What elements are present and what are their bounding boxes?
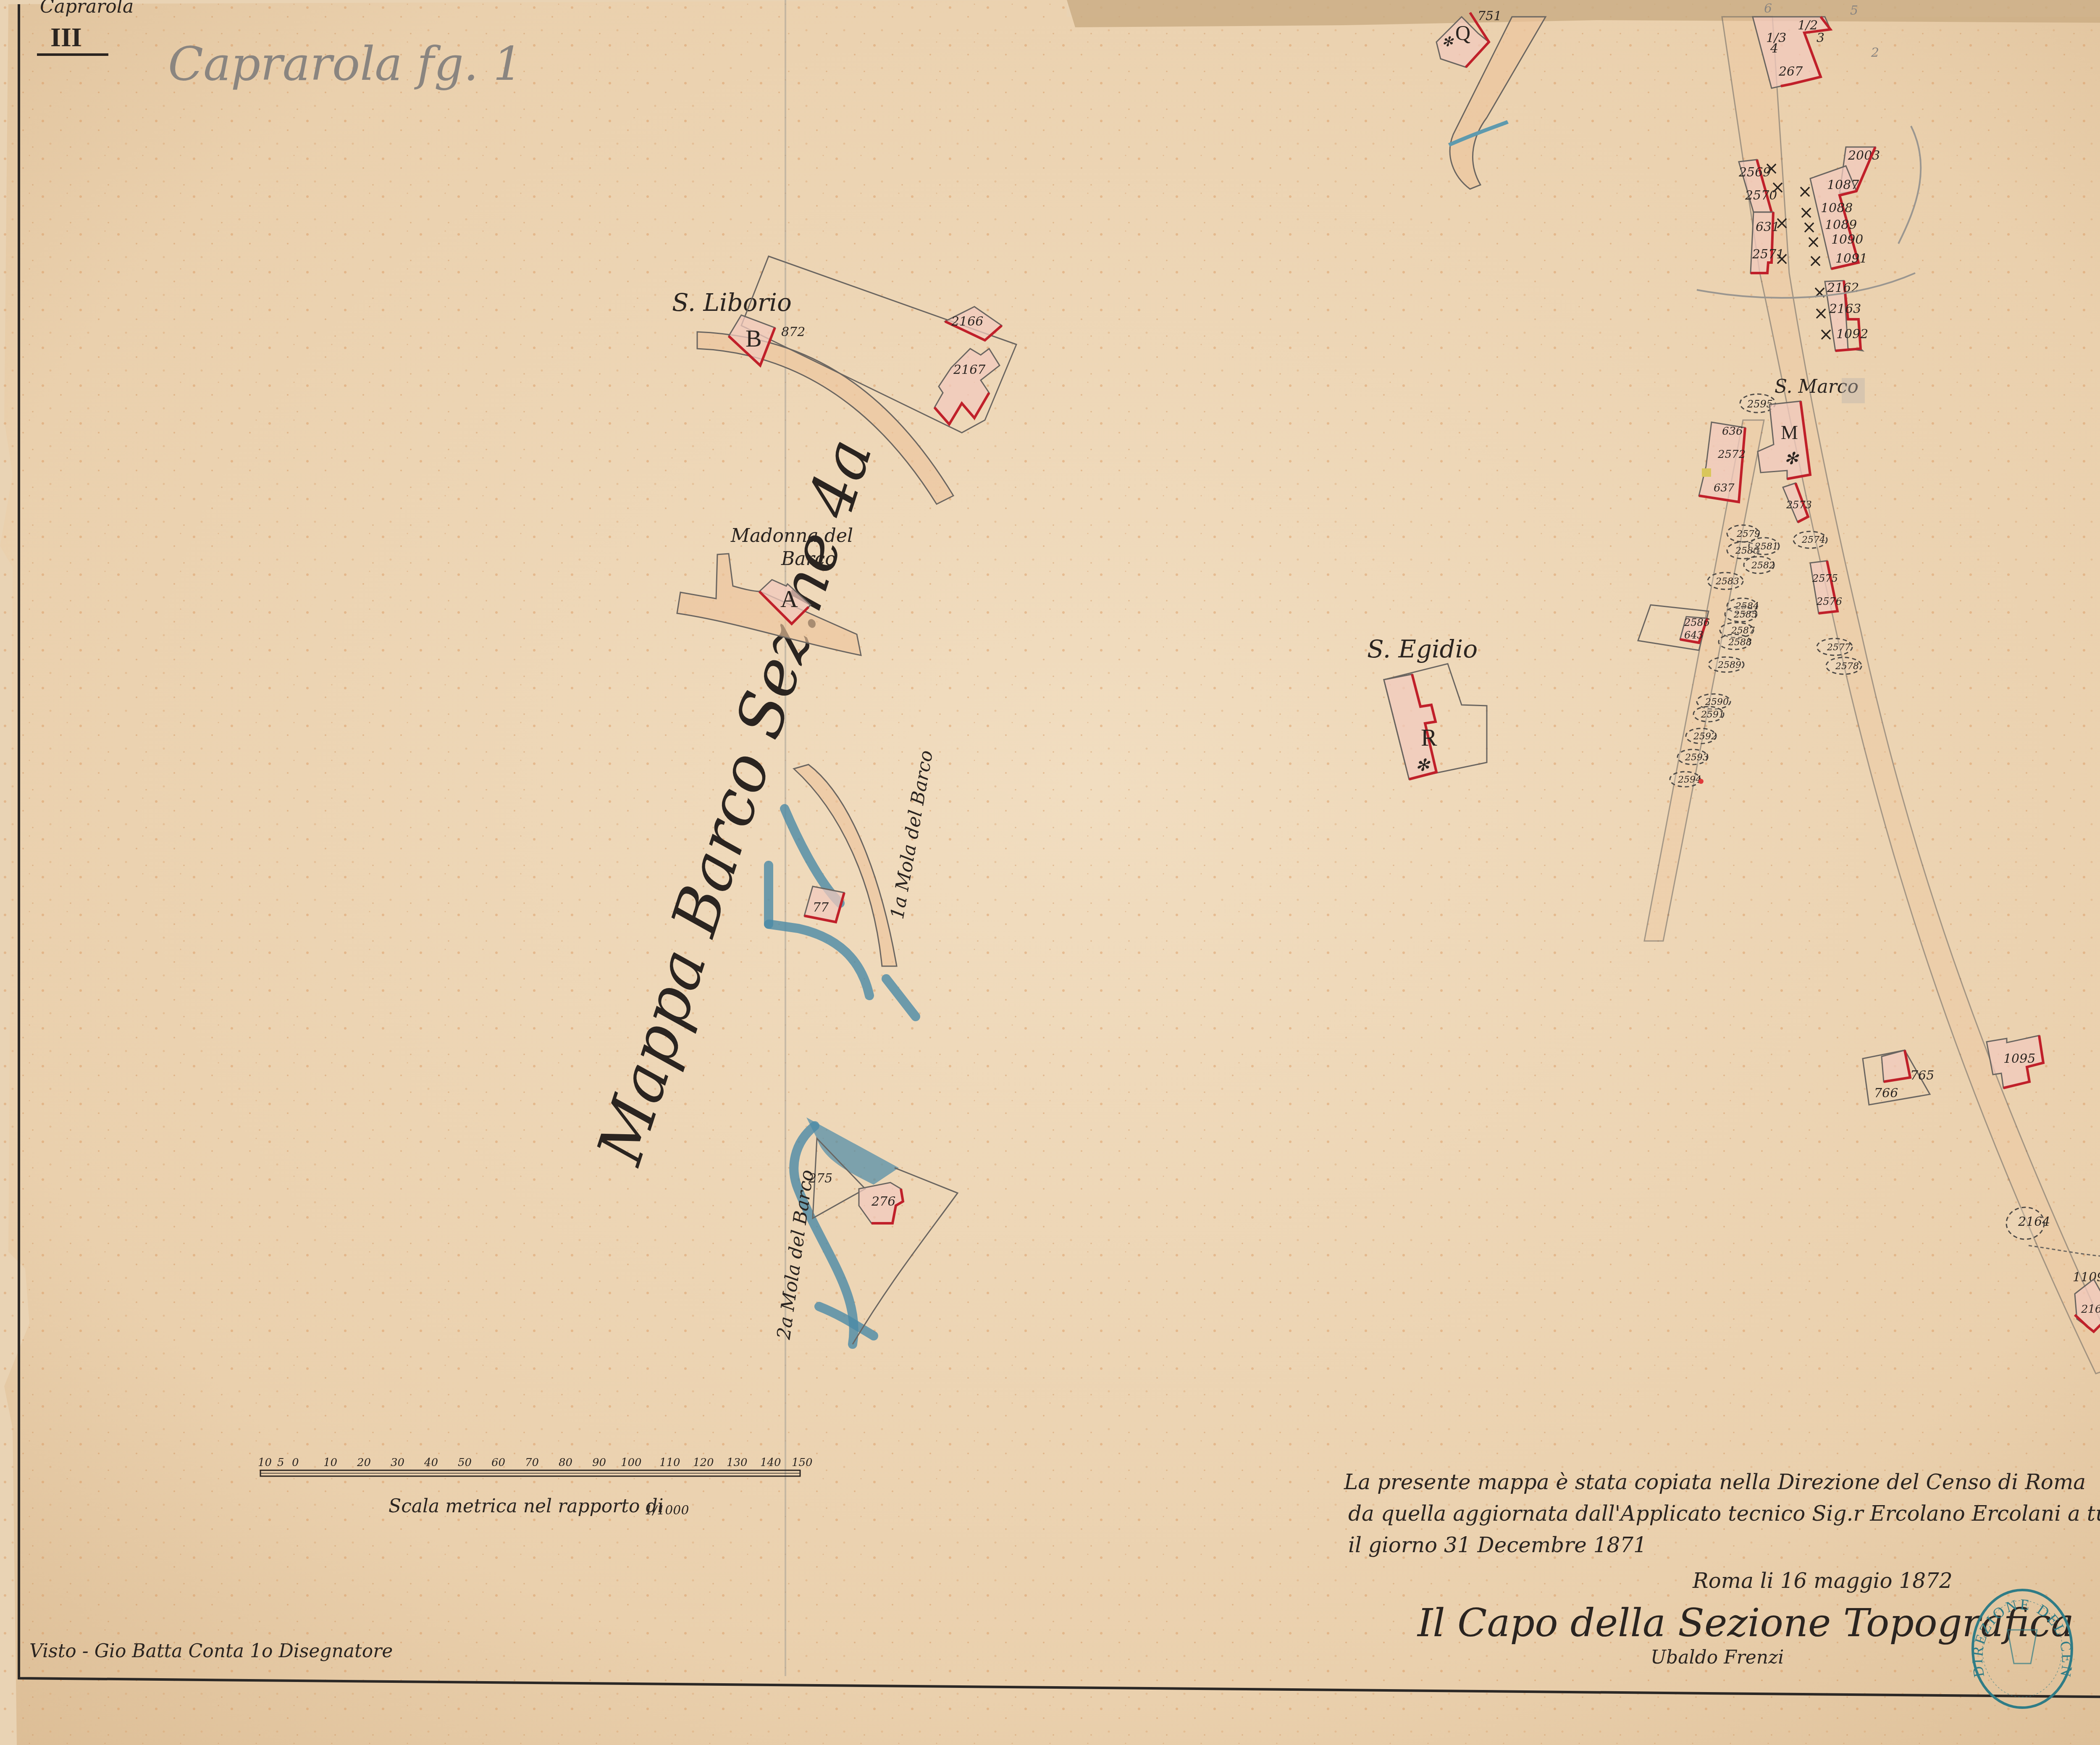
certification-line1: La presente mappa è stata copiata nella …	[1344, 1470, 2086, 1494]
parcel-267: 267	[1778, 64, 1803, 79]
pencil-note: Caprarola fg. 1	[168, 37, 522, 91]
place-madonna-line1: Madonna del	[730, 525, 853, 547]
svg-text:110: 110	[659, 1456, 680, 1469]
parcel-2575: 2575	[1812, 573, 1838, 584]
certification-line2: da quella aggiornata dall'Applicato tecn…	[1348, 1501, 2100, 1526]
parcel-765: 765	[1910, 1068, 1934, 1083]
parcel-5: 5	[1850, 3, 1858, 18]
svg-text:60: 60	[491, 1456, 505, 1469]
parcel-2574: 2574	[1801, 535, 1825, 545]
parcel-643: 643	[1684, 629, 1704, 641]
parcel-636: 636	[1722, 425, 1743, 438]
svg-text:5: 5	[277, 1456, 284, 1469]
certification-line3: il giorno 31 Decembre 1871	[1348, 1533, 1647, 1557]
scale-ratio: 1/1000	[645, 1503, 689, 1518]
letter-R: R	[1421, 724, 1437, 751]
parcel-1087: 1087	[1827, 178, 1859, 192]
visto-note: Visto - Gio Batta Conta 1o Disegnatore	[29, 1640, 393, 1662]
svg-text:50: 50	[458, 1456, 472, 1469]
svg-text:×: ×	[1808, 250, 1823, 271]
parcel-1092: 1092	[1836, 327, 1868, 342]
svg-text:0: 0	[292, 1456, 299, 1469]
svg-text:100: 100	[621, 1456, 642, 1469]
letter-A: A	[780, 585, 798, 612]
parcel-2167: 2167	[953, 363, 986, 377]
svg-text:×: ×	[1814, 303, 1828, 323]
parcel-2583: 2583	[1715, 576, 1739, 587]
red-dot-marker	[1698, 779, 1704, 784]
parcel-2593: 2593	[1685, 752, 1709, 763]
letter-Q: Q	[1455, 21, 1470, 45]
place-date: Roma li 16 maggio 1872	[1692, 1569, 1953, 1593]
parcel-2581: 2581	[1754, 541, 1778, 552]
parcel-2579: 2579	[1736, 529, 1760, 539]
svg-text:×: ×	[1774, 248, 1789, 269]
church-cross-icon: ✻	[1442, 34, 1454, 50]
svg-text:90: 90	[592, 1456, 606, 1469]
parcel-2578: 2578	[1835, 661, 1859, 672]
parcel-3: 3	[1816, 31, 1824, 45]
svg-text:70: 70	[525, 1456, 539, 1469]
yellow-marker	[1702, 468, 1711, 477]
parcel-1088: 1088	[1821, 201, 1853, 215]
svg-text:×: ×	[1806, 231, 1821, 252]
parcel-2594: 2594	[1677, 775, 1701, 785]
svg-text:130: 130	[727, 1456, 748, 1469]
parcel-1095: 1095	[2003, 1051, 2035, 1066]
signature: Ubaldo Frenzi	[1651, 1647, 1784, 1668]
svg-text:150: 150	[792, 1456, 813, 1469]
map-canvas: Caprarola III Caprarola fg. 1 Mappa Barc…	[0, 0, 2100, 1745]
parcel-77: 77	[813, 900, 829, 915]
commune-label: Caprarola	[40, 0, 134, 17]
svg-text:120: 120	[693, 1456, 714, 1469]
parcel-2591: 2591	[1701, 710, 1725, 720]
parcel-637: 637	[1714, 482, 1735, 494]
church-cross-icon: ✻	[1415, 756, 1431, 775]
svg-text:40: 40	[424, 1456, 438, 1469]
svg-text:×: ×	[1819, 324, 1833, 344]
parcel-872: 872	[781, 325, 805, 339]
svg-text:80: 80	[559, 1456, 572, 1469]
parcel-2164: 2164	[2018, 1214, 2050, 1229]
parcel-766: 766	[1874, 1086, 1898, 1101]
parcel-2166: 2166	[951, 314, 983, 329]
scale-caption: Scala metrica nel rapporto di	[388, 1495, 664, 1517]
svg-text:10: 10	[323, 1456, 337, 1469]
parcel-2572: 2572	[1717, 448, 1746, 461]
letter-B: B	[745, 325, 762, 352]
church-cross-icon: ✻	[1784, 449, 1799, 468]
svg-text:20: 20	[357, 1456, 371, 1469]
parcel-2589: 2589	[1717, 660, 1741, 670]
hatched-area	[1842, 378, 1865, 403]
parcel-2585: 2585	[1733, 610, 1757, 620]
parcel-6: 6	[1764, 1, 1772, 16]
svg-text:140: 140	[760, 1456, 781, 1469]
parcel-2573: 2573	[1786, 499, 1812, 511]
parcel-2588: 2588	[1728, 637, 1752, 648]
svg-text:×: ×	[1770, 177, 1785, 197]
parcel-2576: 2576	[1816, 596, 1842, 607]
svg-text:×: ×	[1798, 181, 1812, 202]
svg-text:×: ×	[1774, 213, 1789, 233]
frac-1-2: 1/2	[1798, 18, 1818, 33]
sheet-number: III	[50, 22, 82, 52]
place-madonna-line2: Barco	[781, 548, 836, 570]
parcel-1090: 1090	[1831, 232, 1863, 247]
parcel-2: 2	[1871, 45, 1879, 60]
parcel-2165: 2165	[2081, 1303, 2100, 1316]
parcel-2592: 2592	[1693, 731, 1717, 742]
svg-text:30: 30	[391, 1456, 404, 1469]
parcel-2577: 2577	[1827, 642, 1851, 653]
svg-text:×: ×	[1764, 158, 1779, 179]
parcel-1089: 1089	[1825, 218, 1857, 232]
parcel-1091: 1091	[1835, 251, 1867, 266]
place-s-egidio: S. Egidio	[1367, 635, 1478, 663]
parcel-2590: 2590	[1705, 697, 1729, 707]
parcel-2003: 2003	[1848, 148, 1880, 163]
svg-text:×: ×	[1812, 282, 1827, 302]
place-s-liborio: S. Liborio	[672, 288, 792, 317]
parcel-276: 276	[871, 1194, 895, 1209]
parcel-2582: 2582	[1751, 560, 1775, 571]
parcel-751: 751	[1478, 9, 1501, 24]
cadastral-map-sheet: Caprarola III Caprarola fg. 1 Mappa Barc…	[0, 0, 2100, 1745]
parcel-4: 4	[1770, 41, 1778, 56]
svg-text:10: 10	[258, 1456, 272, 1469]
parcel-2163: 2163	[1829, 302, 1861, 316]
letter-M: M	[1781, 422, 1798, 443]
parcel-2586: 2586	[1684, 617, 1710, 628]
